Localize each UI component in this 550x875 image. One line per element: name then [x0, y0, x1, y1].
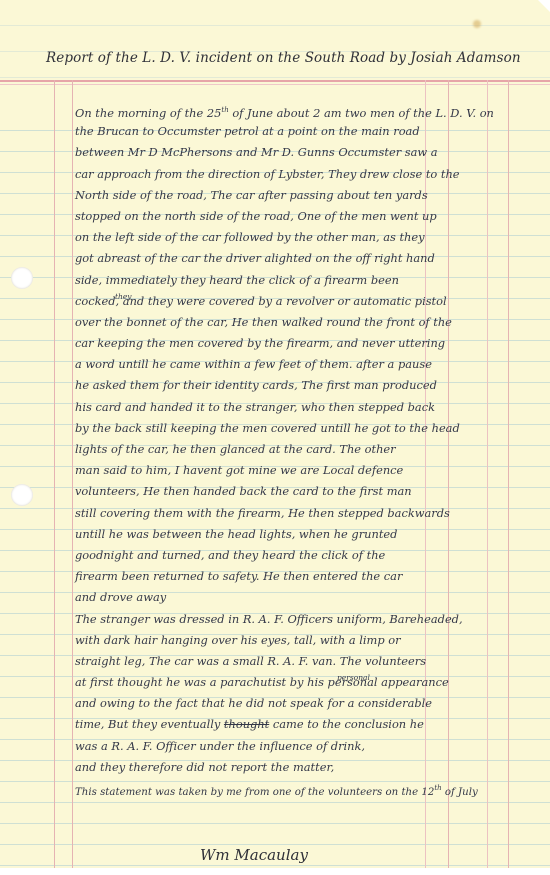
- body-line: The stranger was dressed in R. A. F. Off…: [75, 609, 530, 630]
- signature: Wm Macaulay: [200, 846, 308, 864]
- body-line: car approach from the direction of Lybst…: [75, 164, 530, 185]
- body-line: and they therefore did not report the ma…: [75, 757, 530, 778]
- body-line: man said to him, I havent got mine we ar…: [75, 460, 530, 481]
- body-line: and owing to the fact that he did not sp…: [75, 693, 530, 714]
- punch-hole-top: [11, 267, 33, 289]
- body-line: the Brucan to Occumster petrol at a poin…: [75, 121, 530, 142]
- body-line: was a R. A. F. Officer under the influen…: [75, 736, 530, 757]
- torn-corner: [538, 0, 550, 12]
- body-line: untill he was between the head lights, w…: [75, 524, 530, 545]
- insertion-they: they: [115, 286, 132, 307]
- report-body: On the morning of the 25th of June about…: [75, 100, 530, 799]
- margin-line-1: [54, 80, 55, 868]
- body-line: still covering them with the firearm, He…: [75, 503, 530, 524]
- paper-stain: [473, 20, 481, 28]
- body-line-text: This statement was taken by me from one …: [75, 787, 478, 798]
- document-page: Report of the L. D. V. incident on the S…: [0, 0, 550, 868]
- body-line: and drove away: [75, 587, 530, 608]
- body-line: side, immediately they heard the click o…: [75, 270, 530, 291]
- body-line: got abreast of the car the driver alight…: [75, 248, 530, 269]
- body-line-with-insertion: personal at first thought he was a parac…: [75, 672, 530, 693]
- body-line: over the bonnet of the car, He then walk…: [75, 312, 530, 333]
- body-line: lights of the car, he then glanced at th…: [75, 439, 530, 460]
- insertion-personal: personal: [337, 667, 370, 688]
- body-line: his card and handed it to the stranger, …: [75, 397, 530, 418]
- body-line-text: On the morning of the 25th of June about…: [75, 106, 494, 120]
- body-line-with-strikethrough: time, But they eventually thought came t…: [75, 714, 530, 735]
- body-line: a word untill he came within a few feet …: [75, 354, 530, 375]
- body-line: car keeping the men covered by the firea…: [75, 333, 530, 354]
- body-line-with-insertion: they cocked, and they were covered by a …: [75, 291, 530, 312]
- body-line: volunteers, He then handed back the card…: [75, 481, 530, 502]
- body-line-text: at first thought he was a parachutist by…: [75, 675, 449, 689]
- header-rule-secondary: [0, 84, 550, 85]
- struck-word: thought: [224, 717, 269, 731]
- top-ruled-area: [0, 0, 550, 80]
- body-line: by the back still keeping the men covere…: [75, 418, 530, 439]
- header-rule: [0, 80, 550, 82]
- margin-line-2: [72, 80, 73, 868]
- body-line-text: time, But they eventually thought came t…: [75, 717, 424, 731]
- body-line: between Mr D McPhersons and Mr D. Gunns …: [75, 142, 530, 163]
- body-line: On the morning of the 25th of June about…: [75, 100, 530, 121]
- punch-hole-middle: [11, 484, 33, 506]
- body-line: he asked them for their identity cards, …: [75, 375, 530, 396]
- body-line: on the left side of the car followed by …: [75, 227, 530, 248]
- body-line: with dark hair hanging over his eyes, ta…: [75, 630, 530, 651]
- body-line: firearm been returned to safety. He then…: [75, 566, 530, 587]
- body-line: goodnight and turned, and they heard the…: [75, 545, 530, 566]
- body-line: straight leg, The car was a small R. A. …: [75, 651, 530, 672]
- body-line: stopped on the north side of the road, O…: [75, 206, 530, 227]
- page-bottom-edge: [0, 868, 550, 875]
- document-title: Report of the L. D. V. incident on the S…: [46, 50, 521, 66]
- statement-line: This statement was taken by me from one …: [75, 778, 530, 799]
- body-line: North side of the road, The car after pa…: [75, 185, 530, 206]
